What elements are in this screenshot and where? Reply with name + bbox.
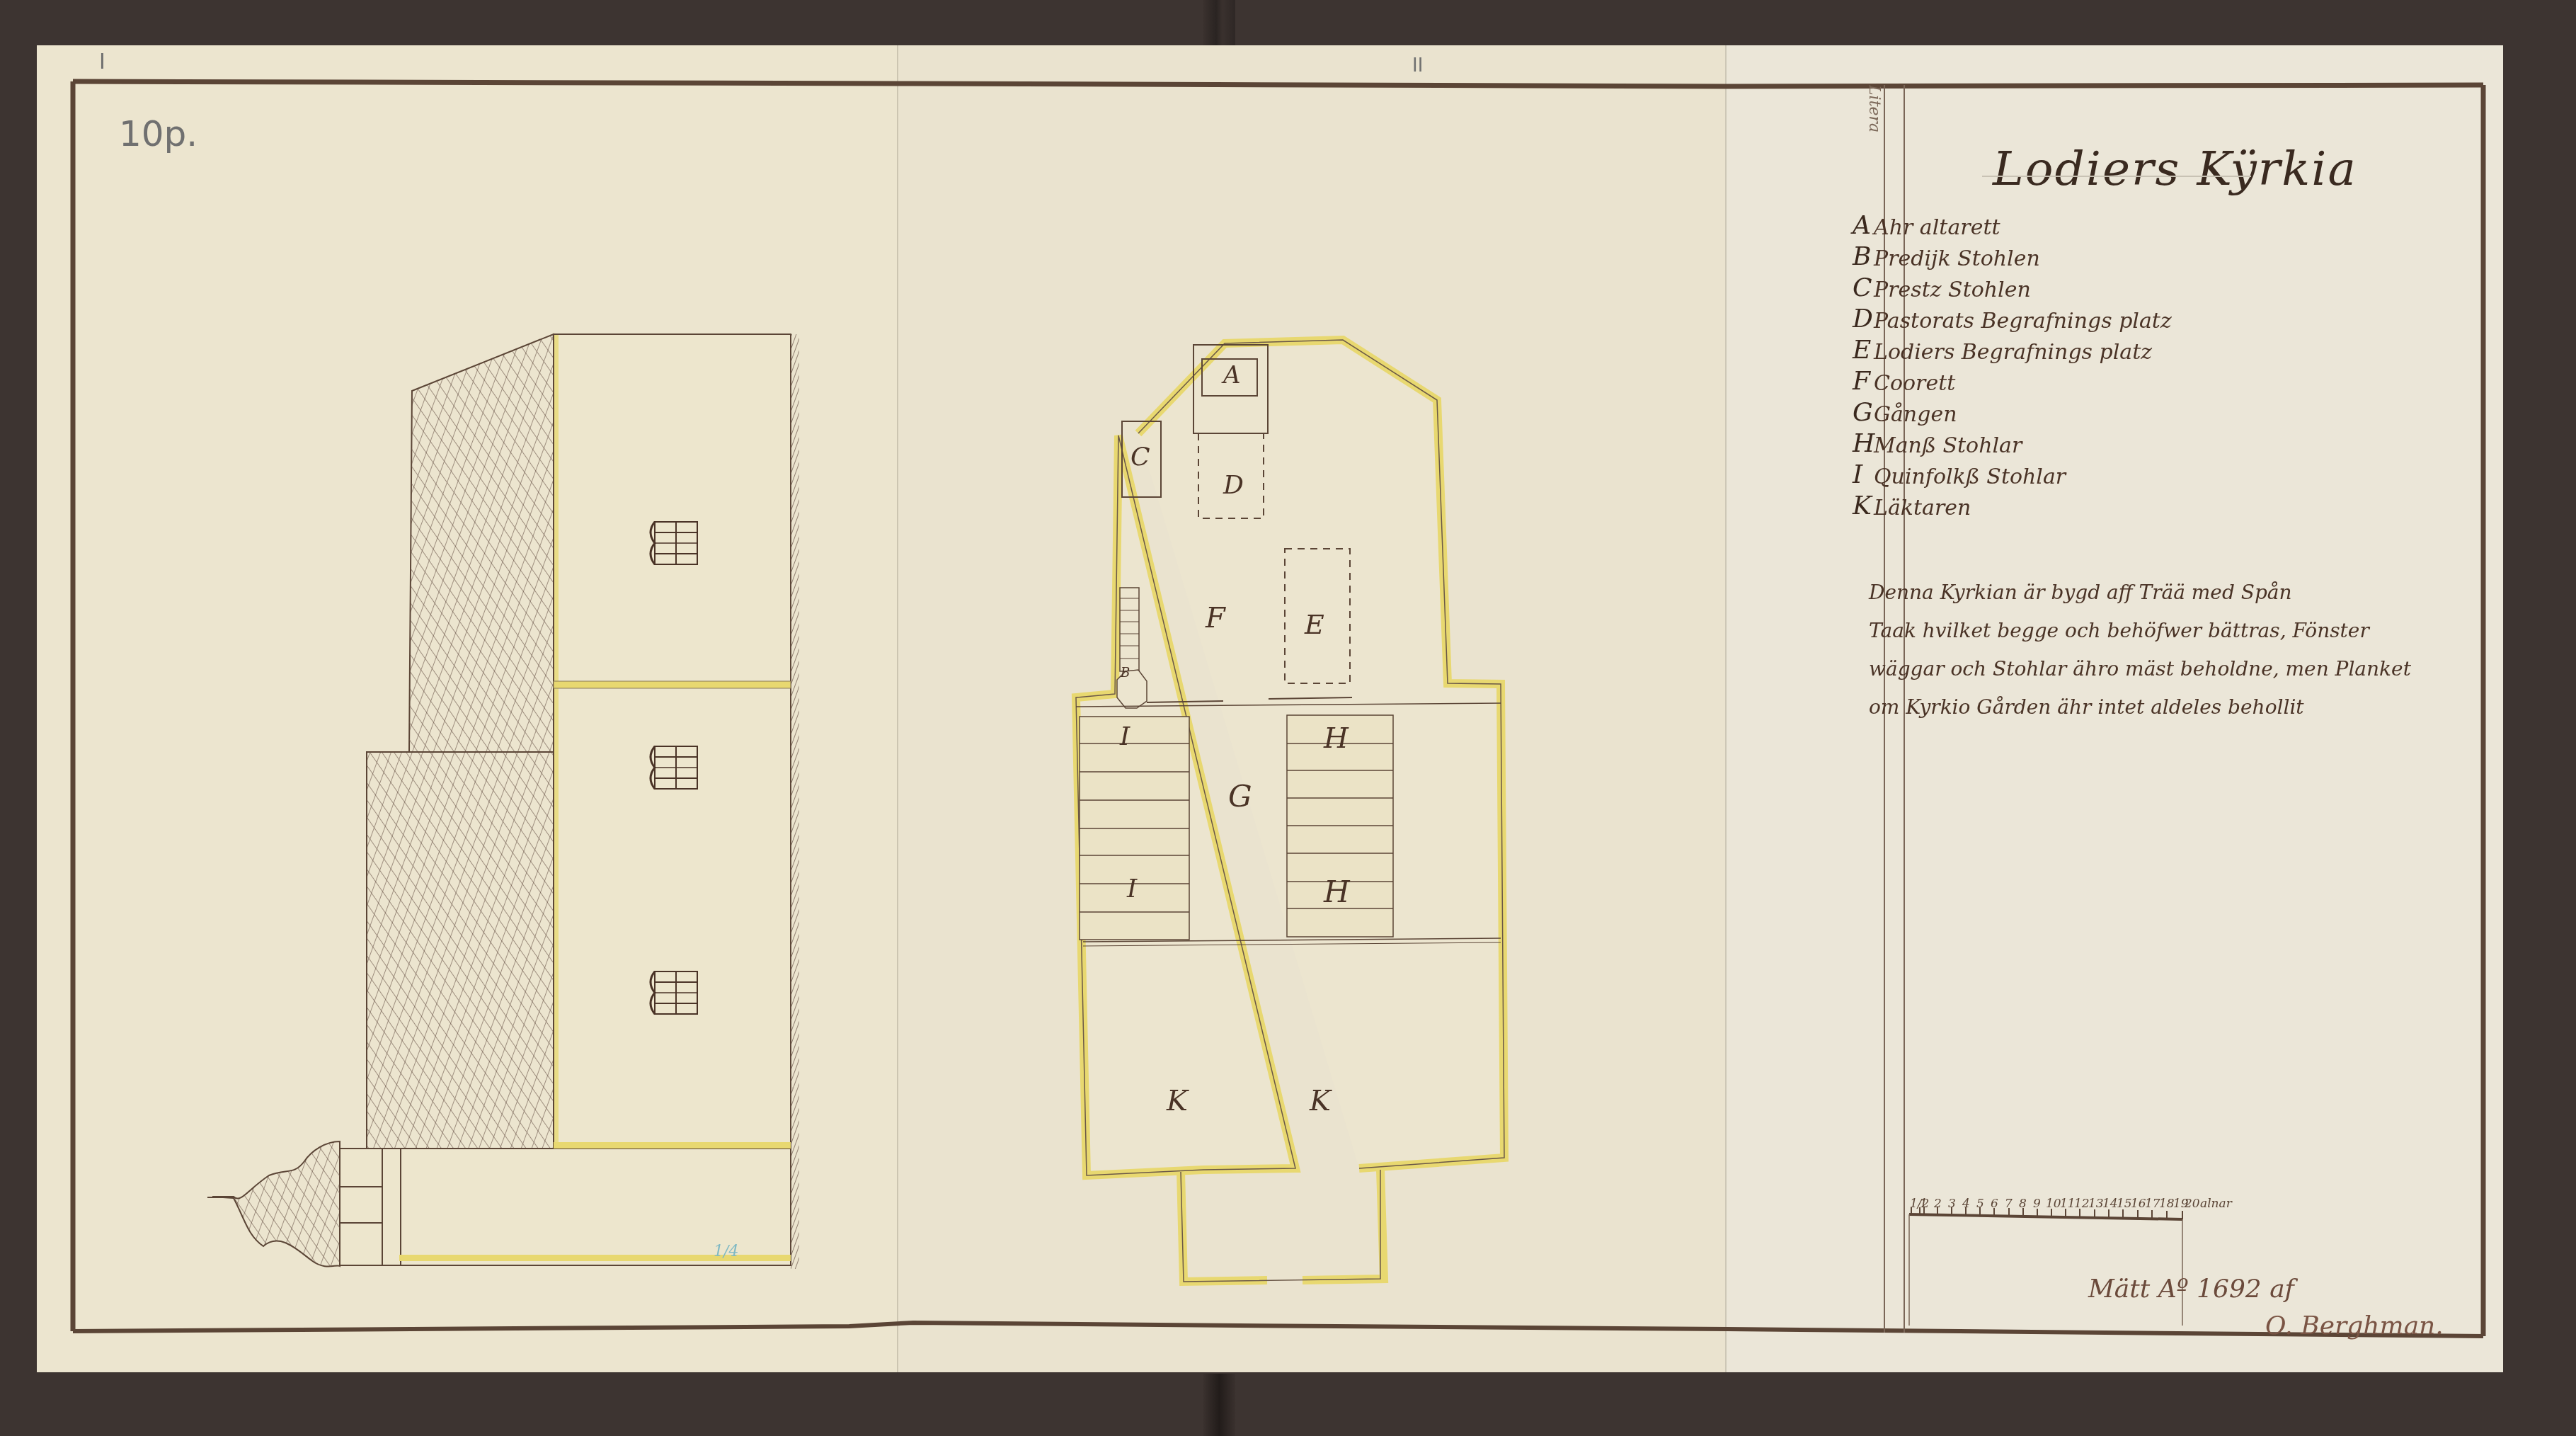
legend-item-c: CPrestz Stohlen — [1853, 271, 2419, 302]
survey-date: Mätt Aº 1692 af — [2088, 1275, 2294, 1304]
condition-note: Denna Kyrkian är bygd aff Trää med Spån … — [1869, 574, 2421, 726]
note-line: Denna Kyrkian är bygd aff Trää med Spån — [1869, 574, 2421, 612]
side-label-litera: Litera — [1865, 85, 1883, 132]
plan-label-c: C — [1130, 443, 1150, 472]
legend-item-h: HManß Stohlar — [1853, 427, 2419, 458]
plan-label-k-1: K — [1167, 1085, 1188, 1117]
legend-item-g: GGången — [1853, 396, 2419, 427]
plan-label-e: E — [1305, 609, 1324, 640]
blue-pencil-mark: 1/4 — [714, 1243, 738, 1260]
legend-item-b: BPredijk Stohlen — [1853, 240, 2419, 271]
document-title: Lodiers Kÿrkia — [1993, 142, 2357, 196]
plan-label-h-2: H — [1324, 874, 1350, 909]
plan-label-a: A — [1223, 361, 1241, 389]
church-floor-plan — [1076, 340, 1504, 1282]
note-line: Taak hvilket begge och behöfwer bättras,… — [1869, 612, 2421, 650]
plan-label-d: D — [1223, 471, 1244, 500]
plan-label-f: F — [1206, 602, 1225, 634]
legend: AAhr altarett BPredijk Stohlen CPrestz S… — [1853, 209, 2419, 520]
legend-item-e: ELodiers Begrafnings platz — [1853, 334, 2419, 365]
scale-bar — [1909, 1207, 2182, 1326]
legend-item-d: DPastorats Begrafnings platz — [1853, 302, 2419, 334]
note-line: om Kyrkio Gården ähr intet aldeles behol… — [1869, 688, 2421, 726]
legend-item-k: KLäktaren — [1853, 489, 2419, 520]
surveyor-signature: O. Berghman. — [2265, 1311, 2444, 1340]
plan-label-g: G — [1228, 779, 1252, 814]
plan-label-k-2: K — [1310, 1085, 1331, 1117]
plan-label-h-1: H — [1324, 722, 1349, 755]
church-elevation — [207, 334, 799, 1269]
note-line: wäggar och Stohlar ähro mäst beholdne, m… — [1869, 650, 2421, 688]
pews-women — [1080, 717, 1189, 940]
scale-tick-labels: 1/2 1 2 3 4 5 6 7 8 9 10 11 12 13 14 15 … — [1903, 1197, 2398, 1218]
plan-label-b: B — [1121, 666, 1130, 680]
legend-item-i: IQuinfolkß Stohlar — [1853, 458, 2419, 489]
plan-label-i-2: I — [1127, 874, 1137, 904]
plan-label-i-1: I — [1120, 722, 1130, 751]
legend-item-f: FCoorett — [1853, 365, 2419, 396]
legend-item-a: AAhr altarett — [1853, 209, 2419, 240]
title-underline — [1982, 176, 2251, 177]
